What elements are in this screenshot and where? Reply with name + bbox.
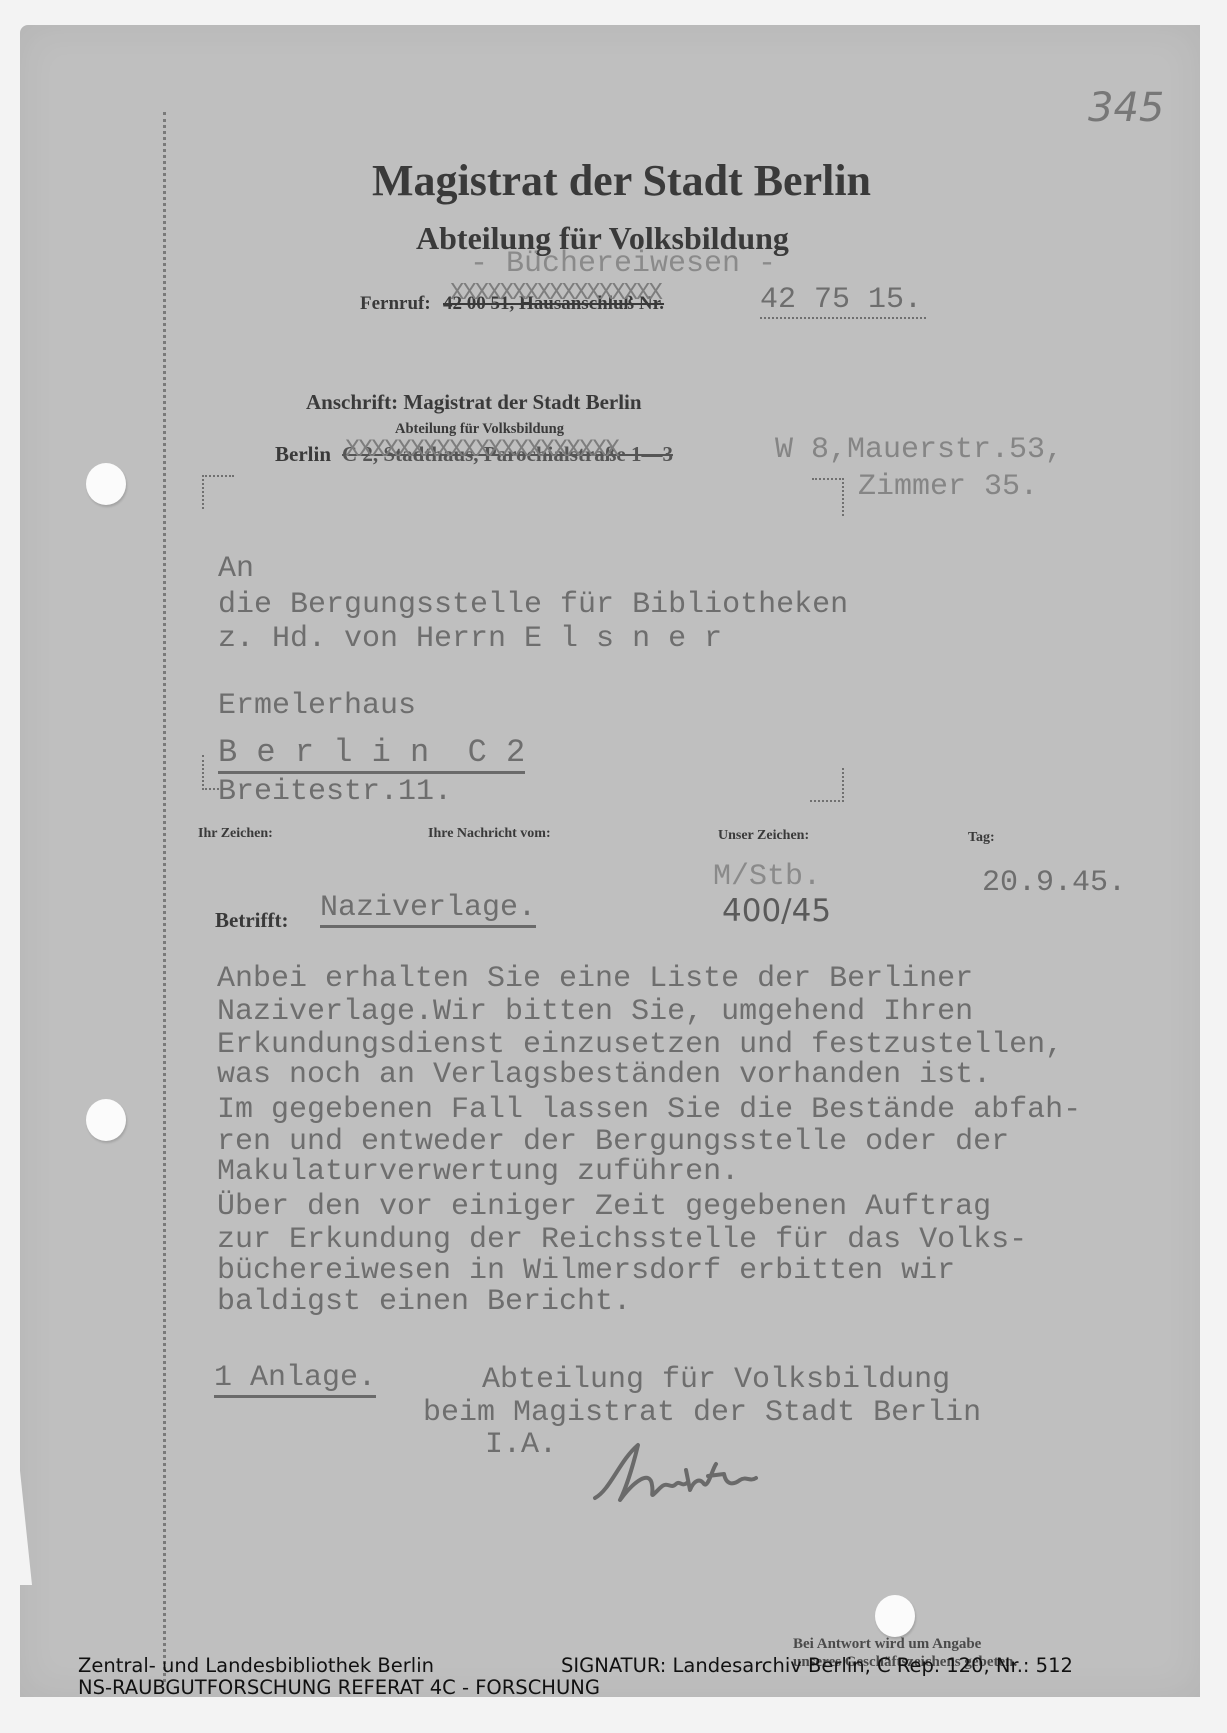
body-line: Im gegebenen Fall lassen Sie die Beständ… [217, 1093, 1081, 1127]
body-line: Erkundungsdienst einzusetzen und festzus… [217, 1028, 1063, 1062]
subject-label: Betrifft: [215, 908, 288, 933]
punch-hole-middle [86, 1099, 126, 1141]
closing-line-2: beim Magistrat der Stadt Berlin [423, 1396, 981, 1430]
body-line: ren und entweder der Bergungsstelle oder… [217, 1125, 1009, 1159]
recipient-street: Breitestr.11. [218, 775, 452, 809]
body-line: Naziverlage.Wir bitten Sie, umgehend Ihr… [217, 995, 973, 1029]
recipient-line-1: An [218, 552, 254, 586]
letterhead-title: Magistrat der Stadt Berlin [372, 155, 871, 206]
torn-edge [14, 1465, 32, 1585]
handwritten-signature [590, 1440, 790, 1520]
enclosure-note: 1 Anlage. [214, 1363, 376, 1398]
punch-hole-top [86, 463, 126, 505]
punch-hole-bottom [875, 1595, 915, 1637]
subject-value: Naziverlage. [320, 893, 536, 928]
recipient-line-2: die Bergungsstelle für Bibliotheken [218, 588, 848, 622]
phone-new: 42 75 15. [760, 283, 926, 319]
address-city: Berlin [275, 442, 331, 467]
your-message-label: Ihre Nachricht vom: [428, 826, 551, 842]
closing-line-3: I.A. [485, 1428, 557, 1462]
body-line: zur Erkundung der Reichsstelle für das V… [217, 1223, 1027, 1257]
bottom-note: Bei Antwort wird um Angabe [793, 1636, 981, 1653]
letterhead-subdepartment: - Büchereiwesen - [470, 247, 776, 281]
window-bracket-top-left [202, 475, 234, 509]
address-room: Zimmer 35. [858, 470, 1038, 504]
body-line: baldigst einen Bericht. [217, 1285, 631, 1319]
phone-label: Fernruf: [360, 293, 431, 315]
our-ref-label: Unser Zeichen: [718, 828, 809, 844]
footer-institution: Zentral- und Landesbibliothek Berlin [78, 1655, 434, 1677]
perforation-line [163, 112, 166, 1682]
body-line: was noch an Verlagsbeständen vorhanden i… [217, 1058, 991, 1092]
address-crossed-out: XXXXXXXXXXXXXXXXXXXXX [345, 435, 618, 464]
window-bracket-top-right [812, 478, 844, 516]
body-line: büchereiwesen in Wilmersdorf erbitten wi… [217, 1254, 955, 1288]
footer-signature-ref: SIGNATUR: Landesarchiv Berlin, C Rep. 12… [561, 1655, 1073, 1677]
body-line: Über den vor einiger Zeit gegebenen Auft… [217, 1190, 991, 1224]
window-bracket-bottom-right [810, 768, 844, 802]
our-ref-handwritten: 400/45 [722, 893, 831, 929]
date-label: Tag: [968, 830, 995, 846]
closing-line-1: Abteilung für Volksbildung [482, 1363, 950, 1397]
your-ref-label: Ihr Zeichen: [198, 826, 273, 842]
letter-date: 20.9.45. [982, 866, 1126, 900]
recipient-line-3: z. Hd. von Herrn E l s n e r [218, 622, 722, 656]
archive-number: 345 [1088, 85, 1164, 131]
body-line: Anbei erhalten Sie eine Liste der Berlin… [217, 962, 973, 996]
recipient-building: Ermelerhaus [218, 689, 416, 723]
address-label: Anschrift: Magistrat der Stadt Berlin [306, 390, 642, 415]
footer-department: NS-RAUBGUTFORSCHUNG REFERAT 4C - FORSCHU… [78, 1677, 600, 1699]
phone-crossed-out: XXXXXXXXXXXXXXXXX [450, 280, 661, 307]
recipient-city: B e r l i n C 2 [218, 737, 525, 774]
address-street-new: W 8,Mauerstr.53, [775, 433, 1063, 467]
body-line: Makulaturverwertung zuführen. [217, 1155, 739, 1189]
our-ref-typed: M/Stb. [713, 860, 821, 894]
